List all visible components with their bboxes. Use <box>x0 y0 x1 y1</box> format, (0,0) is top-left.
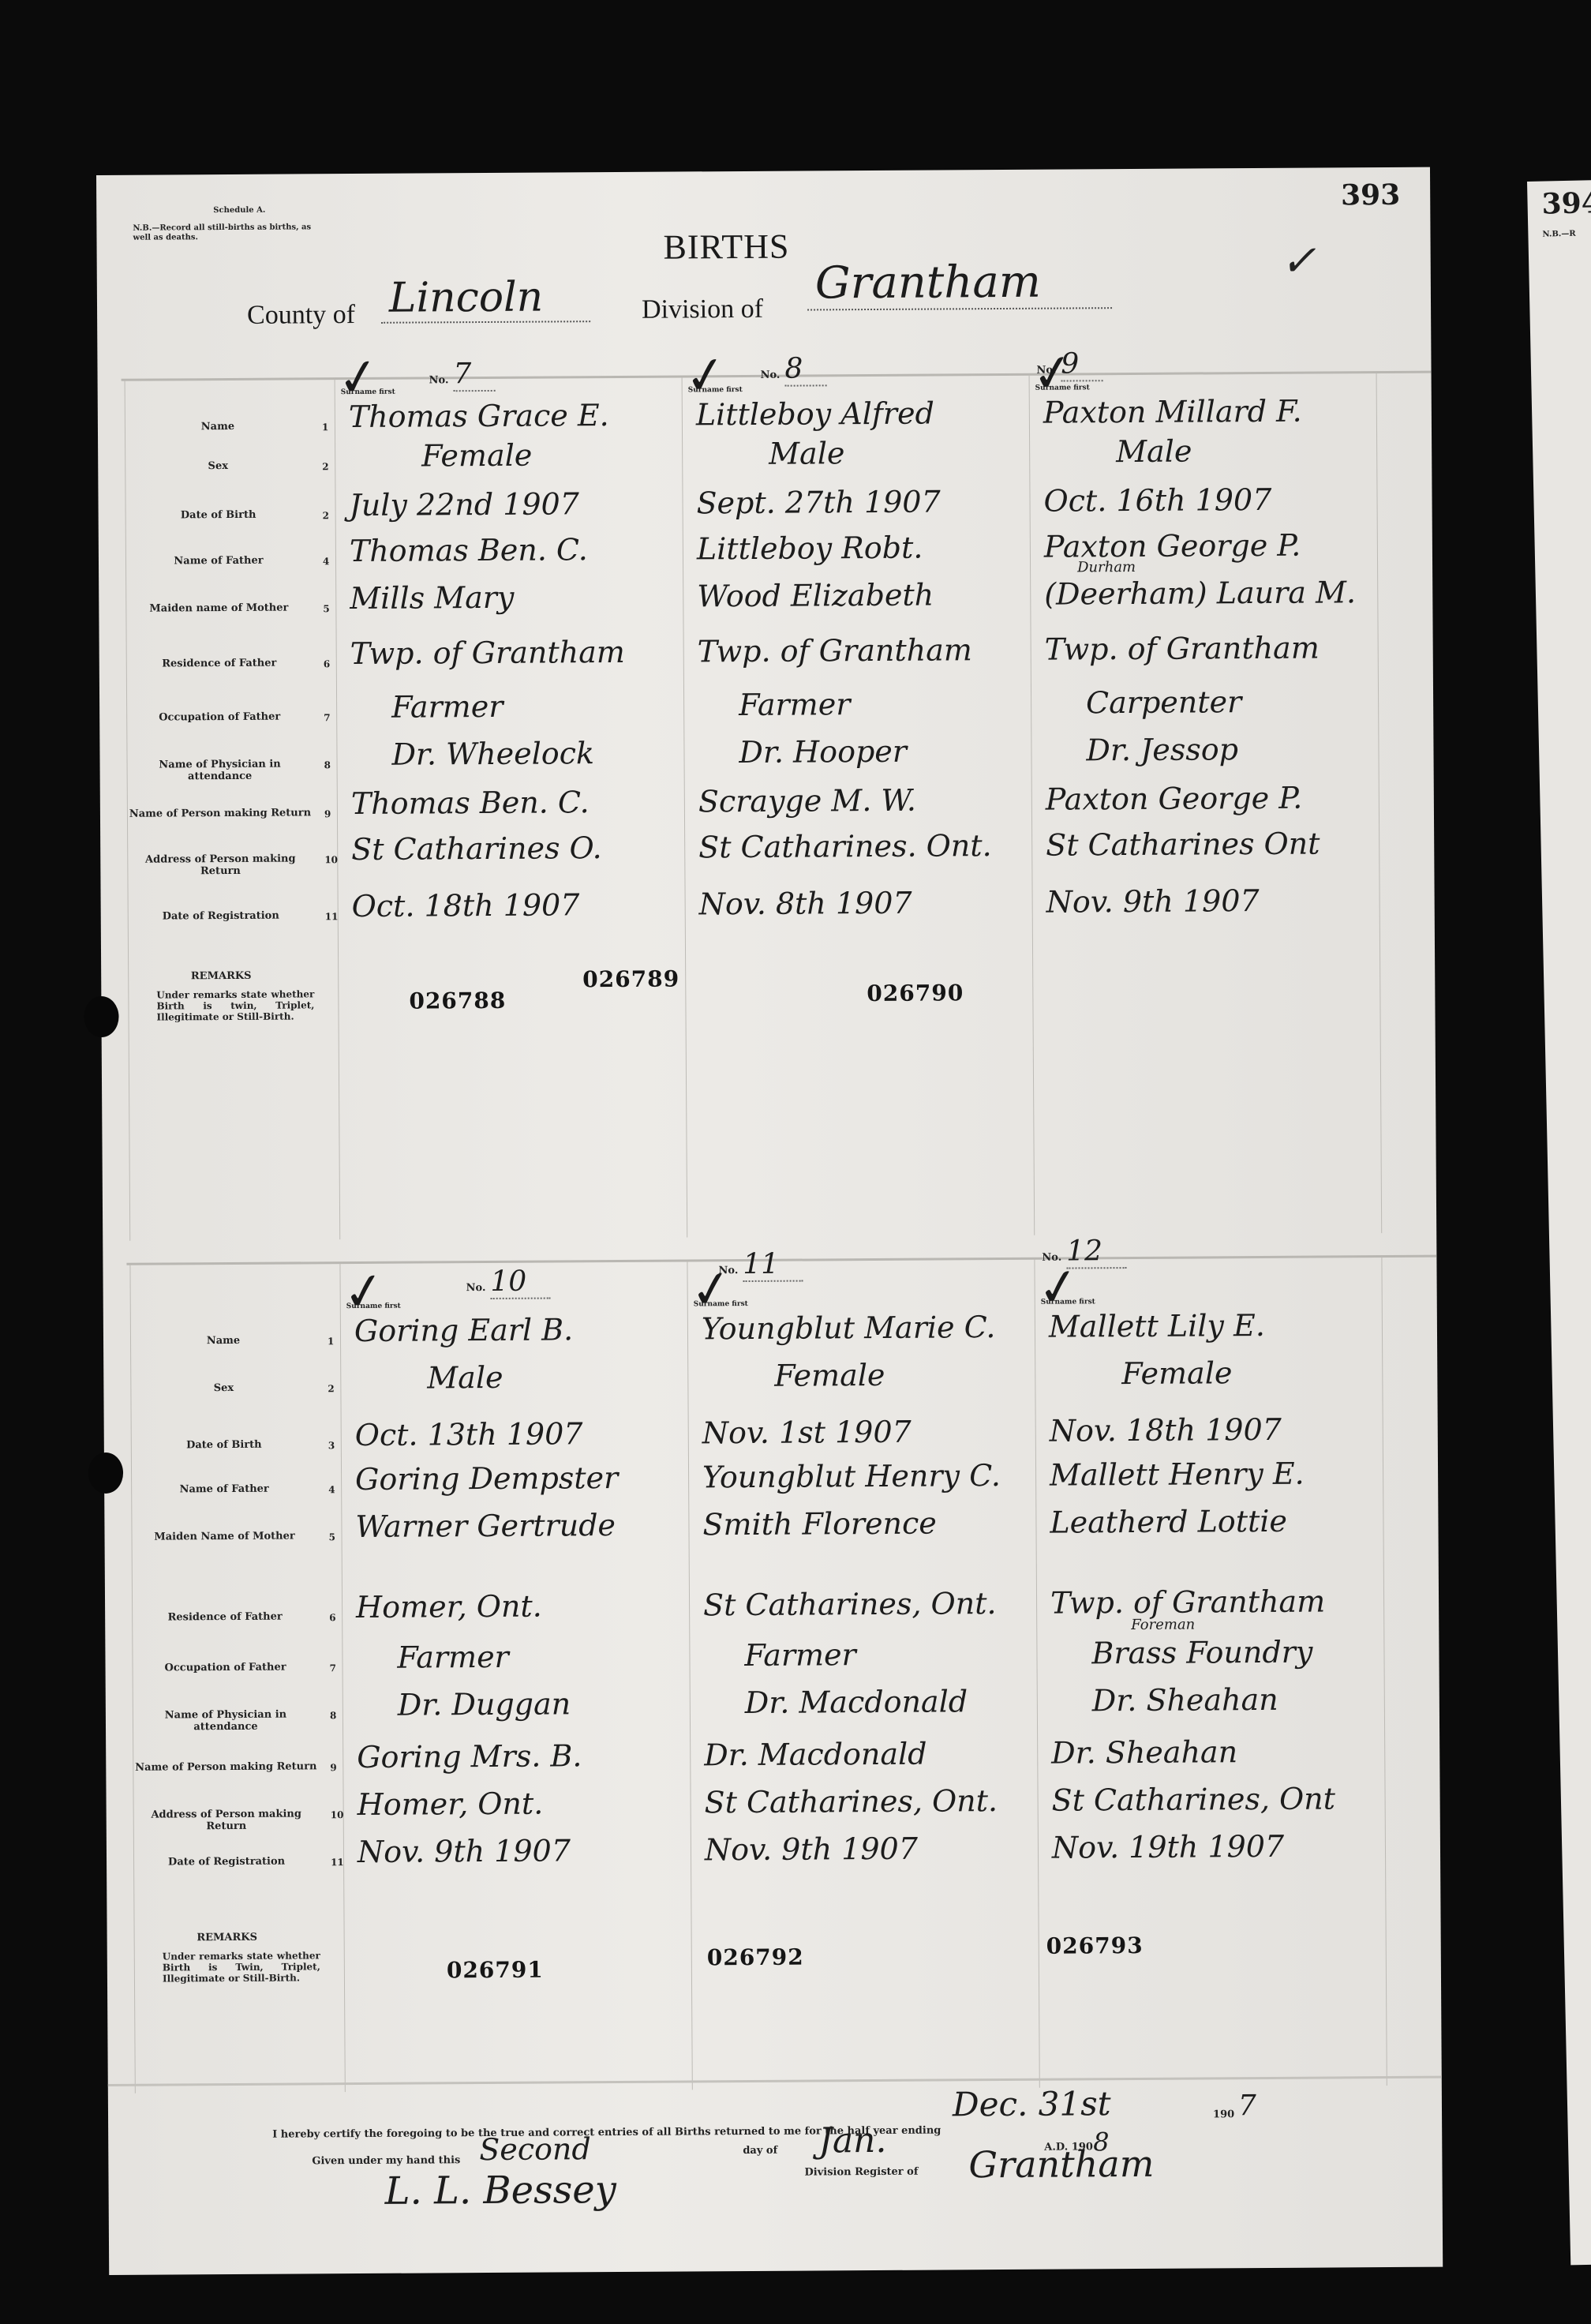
informant-name: Scrayge M. W. <box>698 783 916 819</box>
county-value: Lincoln <box>381 273 591 324</box>
field-label: Name of Father <box>129 1482 319 1495</box>
informant-name: Dr. Macdonald <box>704 1737 927 1773</box>
registration-number: 026789 <box>582 966 679 993</box>
father-residence: Twp. of Grantham <box>350 635 625 671</box>
year-suffix: 7 <box>1238 2090 1256 2122</box>
field-label: Occupation of Father <box>125 710 314 723</box>
field-label: Date of Registration <box>132 1855 321 1868</box>
informant-address: Homer, Ont. <box>357 1786 543 1822</box>
still-birth-note: N.B.—Record all still-births as births, … <box>133 223 322 242</box>
mother-maiden-name: Mills Mary <box>350 580 514 616</box>
field-number: 6 <box>329 1612 335 1623</box>
given-under-hand-label: Given under my hand this <box>312 2154 460 2167</box>
father-residence: Homer, Ont. <box>356 1589 542 1625</box>
field-number: 1 <box>328 1336 334 1347</box>
field-label: Maiden name of Mother <box>124 602 313 614</box>
date-of-birth: Sept. 27th 1907 <box>696 484 940 520</box>
mother-maiden-name-correction: Durham <box>1077 559 1136 575</box>
registration-date: Nov. 19th 1907 <box>1052 1829 1284 1865</box>
column-divider <box>1381 1257 1387 2086</box>
field-number: 5 <box>329 1531 335 1542</box>
schedule-label: Schedule A. <box>213 206 265 215</box>
registration-number: 026791 <box>447 1957 544 1984</box>
day-of-label: day of <box>743 2145 777 2157</box>
mother-maiden-name: Smith Florence <box>702 1506 937 1542</box>
father-name: Thomas Ben. C. <box>350 532 588 568</box>
entry-number-label: No. <box>429 374 449 386</box>
informant-address: St Catharines, Ont <box>1051 1781 1335 1817</box>
field-number: 8 <box>330 1710 336 1721</box>
father-residence: St Catharines, Ont. <box>703 1586 997 1622</box>
physician-name: Dr. Sheahan <box>1092 1682 1278 1718</box>
certification-block: I hereby certify the foregoing to be the… <box>108 2076 1443 2273</box>
column-divider <box>1029 375 1035 1235</box>
father-name: Mallett Henry E. <box>1050 1456 1305 1493</box>
entry-number-value: 8 <box>784 352 826 386</box>
field-number: 6 <box>324 658 330 669</box>
informant-name: Paxton George P. <box>1046 781 1303 817</box>
informant-address: St Catharines O. <box>351 830 602 867</box>
year-prefix: 190 <box>1213 2108 1234 2120</box>
field-number: 4 <box>323 556 329 567</box>
child-name: Thomas Grace E. <box>349 398 609 434</box>
entry-number: No.7 <box>429 358 495 391</box>
registration-number: 026793 <box>1046 1932 1144 1959</box>
division-register-label: Division Register of <box>804 2166 918 2179</box>
mother-maiden-name: Leatherd Lottie <box>1050 1504 1287 1540</box>
check-mark-icon: ✓ <box>1280 236 1316 286</box>
father-name: Youngblut Henry C. <box>702 1458 1001 1494</box>
column-divider <box>339 1263 345 2092</box>
entry-number: No.8 <box>760 352 826 385</box>
field-number: 2 <box>322 461 328 472</box>
binding-hole <box>84 996 118 1037</box>
division-label: Division of <box>642 294 763 325</box>
physician-name: Dr. Duggan <box>398 1686 571 1722</box>
date-of-birth: Nov. 1st 1907 <box>702 1415 912 1451</box>
field-label: Maiden Name of Mother <box>129 1530 319 1542</box>
column-divider <box>682 377 688 1237</box>
day-value: Second <box>479 2131 591 2167</box>
father-residence: Twp. of Grantham <box>1045 631 1320 667</box>
county-label: County of <box>247 300 355 331</box>
registration-number: 026790 <box>867 980 964 1006</box>
field-number: 11 <box>331 1857 344 1868</box>
registration-number: 026788 <box>409 988 506 1014</box>
field-label: Date of Registration <box>126 909 316 922</box>
mother-maiden-name: (Deerham) Laura M. <box>1044 575 1356 611</box>
date-of-birth: Oct. 13th 1907 <box>355 1416 583 1452</box>
informant-address: St Catharines Ont <box>1046 827 1320 863</box>
date-of-birth: Nov. 18th 1907 <box>1050 1412 1282 1449</box>
father-residence: Twp. of Grantham <box>1050 1584 1325 1621</box>
entry-number-value: 10 <box>490 1265 550 1299</box>
informant-name: Dr. Sheahan <box>1051 1734 1237 1770</box>
physician-name: Dr. Jessop <box>1086 732 1238 767</box>
adjacent-page-note: N.B.—R <box>1542 230 1575 239</box>
child-name: Littleboy Alfred <box>696 396 934 433</box>
field-number: 7 <box>330 1662 336 1674</box>
sex: Male <box>1116 434 1192 470</box>
field-number: 2 <box>328 1383 334 1394</box>
field-number: 11 <box>325 911 339 922</box>
field-label: Name <box>129 1334 318 1347</box>
field-label: Name of Physician in attendance <box>131 1708 320 1733</box>
field-number: 10 <box>324 854 338 865</box>
births-register-page: 393 Schedule A. N.B.—Record all still-bi… <box>96 167 1443 2275</box>
column-divider <box>335 379 341 1239</box>
entry-number-label: No. <box>466 1282 486 1294</box>
field-number: 10 <box>331 1809 344 1820</box>
field-number: 9 <box>324 808 331 819</box>
division-value: Grantham <box>807 256 1112 310</box>
field-label: Residence of Father <box>125 657 314 669</box>
father-occupation: Carpenter <box>1086 684 1241 720</box>
column-divider <box>1376 373 1383 1233</box>
field-number: 5 <box>323 603 329 614</box>
registration-date: Nov. 9th 1907 <box>705 1831 918 1868</box>
mother-maiden-name: Wood Elizabeth <box>697 578 934 614</box>
child-name: Youngblut Marie C. <box>702 1310 996 1346</box>
registration-date: Oct. 18th 1907 <box>352 887 580 924</box>
father-occupation: Farmer <box>397 1640 509 1675</box>
date-of-birth: July 22nd 1907 <box>349 486 579 523</box>
entry-number-label: No. <box>761 369 781 381</box>
registration-date: Nov. 9th 1907 <box>1046 883 1260 920</box>
registration-date: Nov. 8th 1907 <box>699 886 912 922</box>
binding-hole <box>88 1452 123 1494</box>
adjacent-page-edge: 394 N.B.—R <box>1527 179 1591 2265</box>
physician-name: Dr. Wheelock <box>391 736 594 772</box>
remarks-label: REMARKS <box>133 1931 322 1944</box>
remarks-instructions: Under remarks state whether Birth is twi… <box>156 988 314 1022</box>
page-title: BIRTHS <box>663 227 789 268</box>
sex: Female <box>421 438 532 474</box>
register-section-top: Name1Sex2Date of Birth2Name of Father4Ma… <box>97 341 1436 1241</box>
field-label: Name of Person making Return <box>131 1760 320 1773</box>
informant-address: St Catharines, Ont. <box>704 1783 998 1820</box>
father-occupation: Brass Foundry <box>1091 1635 1312 1671</box>
child-name: Mallett Lily E. <box>1049 1308 1265 1344</box>
adjacent-page-number: 394 <box>1541 186 1591 221</box>
field-label: Address of Person making Return <box>125 853 315 877</box>
entry-number: No.11 <box>718 1248 803 1281</box>
father-occupation: Farmer <box>739 687 851 722</box>
informant-address: St Catharines. Ont. <box>698 828 992 864</box>
father-occupation: Farmer <box>391 689 504 725</box>
physician-name: Dr. Hooper <box>739 734 907 770</box>
field-number: 3 <box>328 1440 335 1451</box>
entry-number-value: 7 <box>453 358 495 392</box>
field-label: Residence of Father <box>130 1610 320 1623</box>
field-label: Occupation of Father <box>131 1661 320 1674</box>
page-number: 393 <box>1341 178 1400 212</box>
field-number: 1 <box>322 422 328 433</box>
field-number: 2 <box>323 510 329 521</box>
field-label: Sex <box>123 459 313 472</box>
father-occupation: Farmer <box>744 1637 856 1673</box>
date-of-birth: Oct. 16th 1907 <box>1043 482 1271 519</box>
field-label: Name of Physician in attendance <box>125 758 315 782</box>
child-name: Paxton Millard F. <box>1043 394 1302 430</box>
column-divider <box>1034 1259 1039 2088</box>
sex: Male <box>427 1360 503 1396</box>
field-number: 4 <box>328 1484 335 1495</box>
registration-number: 026792 <box>707 1944 804 1971</box>
sex: Male <box>769 436 844 471</box>
physician-name: Dr. Macdonald <box>745 1684 968 1720</box>
father-name: Littleboy Robt. <box>697 530 923 567</box>
informant-name: Thomas Ben. C. <box>351 785 590 821</box>
half-year-ending-value: Dec. 31st <box>953 2084 1111 2123</box>
sex: Female <box>774 1358 885 1393</box>
father-name: Goring Dempster <box>355 1460 618 1497</box>
father-residence: Twp. of Grantham <box>698 632 972 669</box>
sex: Female <box>1121 1355 1232 1391</box>
informant-name: Goring Mrs. B. <box>357 1738 582 1775</box>
field-number: 8 <box>324 759 331 770</box>
month-value: Jan. <box>818 2120 887 2161</box>
column-divider <box>687 1261 692 2090</box>
registrar-signature: L. L. Bessey <box>384 2168 616 2213</box>
registration-date: Nov. 9th 1907 <box>358 1833 571 1869</box>
remarks-instructions: Under remarks state whether Birth is Twi… <box>163 1950 320 1984</box>
field-label: Name <box>123 420 313 433</box>
child-name: Goring Earl B. <box>354 1312 573 1348</box>
field-label: Name of Father <box>124 554 313 567</box>
entry-number: No.10 <box>466 1265 550 1299</box>
register-section-bottom: Name1Sex2Date of Birth3Name of Father4Ma… <box>103 1225 1442 2093</box>
field-number: 9 <box>330 1762 336 1773</box>
field-number: 7 <box>324 712 330 723</box>
field-label: Date of Birth <box>129 1438 319 1451</box>
field-label: Address of Person making Return <box>132 1808 321 1832</box>
field-label: Sex <box>129 1381 318 1394</box>
field-label: Name of Person making Return <box>125 807 315 819</box>
field-label: Date of Birth <box>124 508 313 521</box>
division-register-value: Grantham <box>968 2142 1154 2186</box>
mother-maiden-name: Warner Gertrude <box>355 1508 616 1544</box>
remarks-label: REMARKS <box>126 969 316 982</box>
entry-number-value: 11 <box>743 1248 803 1282</box>
occupation-annotation: Foreman <box>1131 1617 1195 1633</box>
